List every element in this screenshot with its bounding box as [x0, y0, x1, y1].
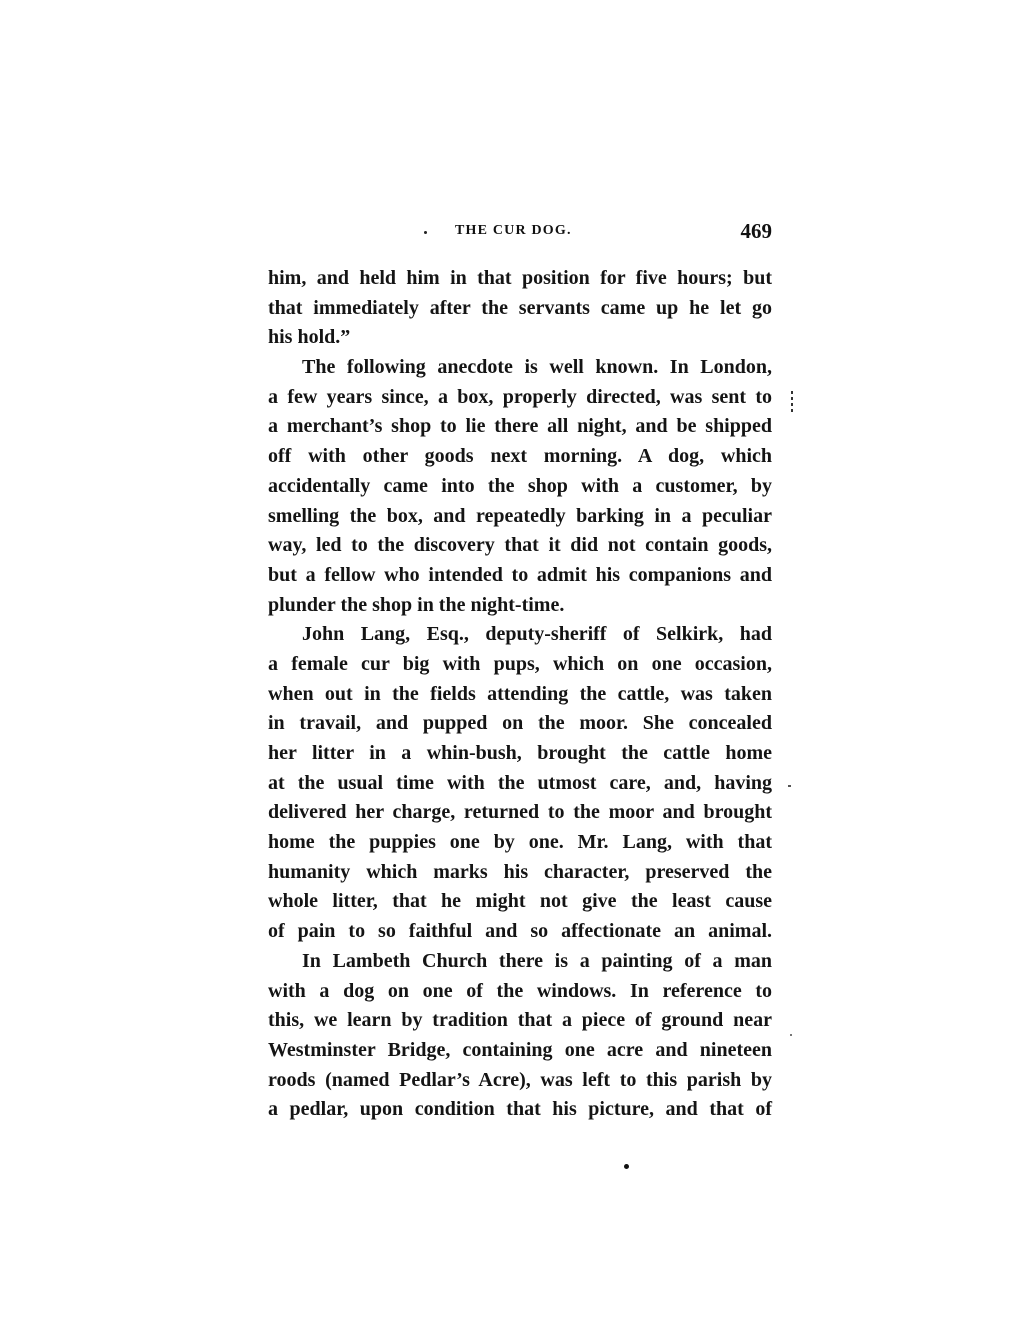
text-line: off with other goods next morning. A dog…	[268, 442, 772, 472]
page-number: 469	[741, 219, 773, 244]
text-line: accidentally came into the shop with a c…	[268, 472, 772, 502]
text-line: smelling the box, and repeatedly barking…	[268, 502, 772, 532]
text-line: home the puppies one by one. Mr. Lang, w…	[268, 828, 772, 858]
text-line: him, and held him in that position for f…	[268, 264, 772, 294]
paragraph: John Lang, Esq., deputy-sheriff of Selki…	[268, 620, 772, 947]
text-line: John Lang, Esq., deputy-sheriff of Selki…	[268, 620, 772, 650]
text-line: of pain to so faithful and so affectiona…	[268, 917, 772, 947]
text-line: at the usual time with the utmost care, …	[268, 769, 772, 799]
running-head: The Cur Dog. 469	[268, 219, 772, 243]
text-line: his hold.”	[268, 323, 772, 353]
paragraph: In Lambeth Church there is a painting of…	[268, 947, 772, 1125]
running-title: The Cur Dog.	[455, 223, 572, 239]
text-line: a pedlar, upon condition that his pictur…	[268, 1095, 772, 1125]
text-line: that immediately after the servants came…	[268, 294, 772, 324]
margin-scan-mark	[791, 391, 793, 413]
text-line: humanity which marks his character, pres…	[268, 858, 772, 888]
text-line: whole litter, that he might not give the…	[268, 887, 772, 917]
text-line: her litter in a whin-bush, brought the c…	[268, 739, 772, 769]
book-page: The Cur Dog. 469 him, and held him in th…	[0, 0, 1033, 1339]
margin-scan-tick	[788, 785, 791, 787]
text-line: but a fellow who intended to admit his c…	[268, 561, 772, 591]
text-line: plunder the shop in the night-time.	[268, 591, 772, 621]
text-line: Westminster Bridge, containing one acre …	[268, 1036, 772, 1066]
text-line: a female cur big with pups, which on one…	[268, 650, 772, 680]
body-text: him, and held him in that position for f…	[268, 264, 772, 1125]
text-line: a few years since, a box, properly direc…	[268, 383, 772, 413]
margin-scan-tick	[790, 1034, 792, 1036]
text-line: in travail, and pupped on the moor. She …	[268, 709, 772, 739]
text-line: The following anecdote is well known. In…	[268, 353, 772, 383]
text-line: In Lambeth Church there is a painting of…	[268, 947, 772, 977]
text-line: when out in the fields attending the cat…	[268, 680, 772, 710]
stray-dot	[424, 231, 427, 234]
paragraph: him, and held him in that position for f…	[268, 264, 772, 353]
text-line: delivered her charge, returned to the mo…	[268, 798, 772, 828]
text-line: this, we learn by tradition that a piece…	[268, 1006, 772, 1036]
scan-dot	[624, 1164, 629, 1169]
paragraph: The following anecdote is well known. In…	[268, 353, 772, 620]
text-line: with a dog on one of the windows. In ref…	[268, 977, 772, 1007]
text-line: way, led to the discovery that it did no…	[268, 531, 772, 561]
text-line: a merchant’s shop to lie there all night…	[268, 412, 772, 442]
text-line: roods (named Pedlar’s Acre), was left to…	[268, 1066, 772, 1096]
